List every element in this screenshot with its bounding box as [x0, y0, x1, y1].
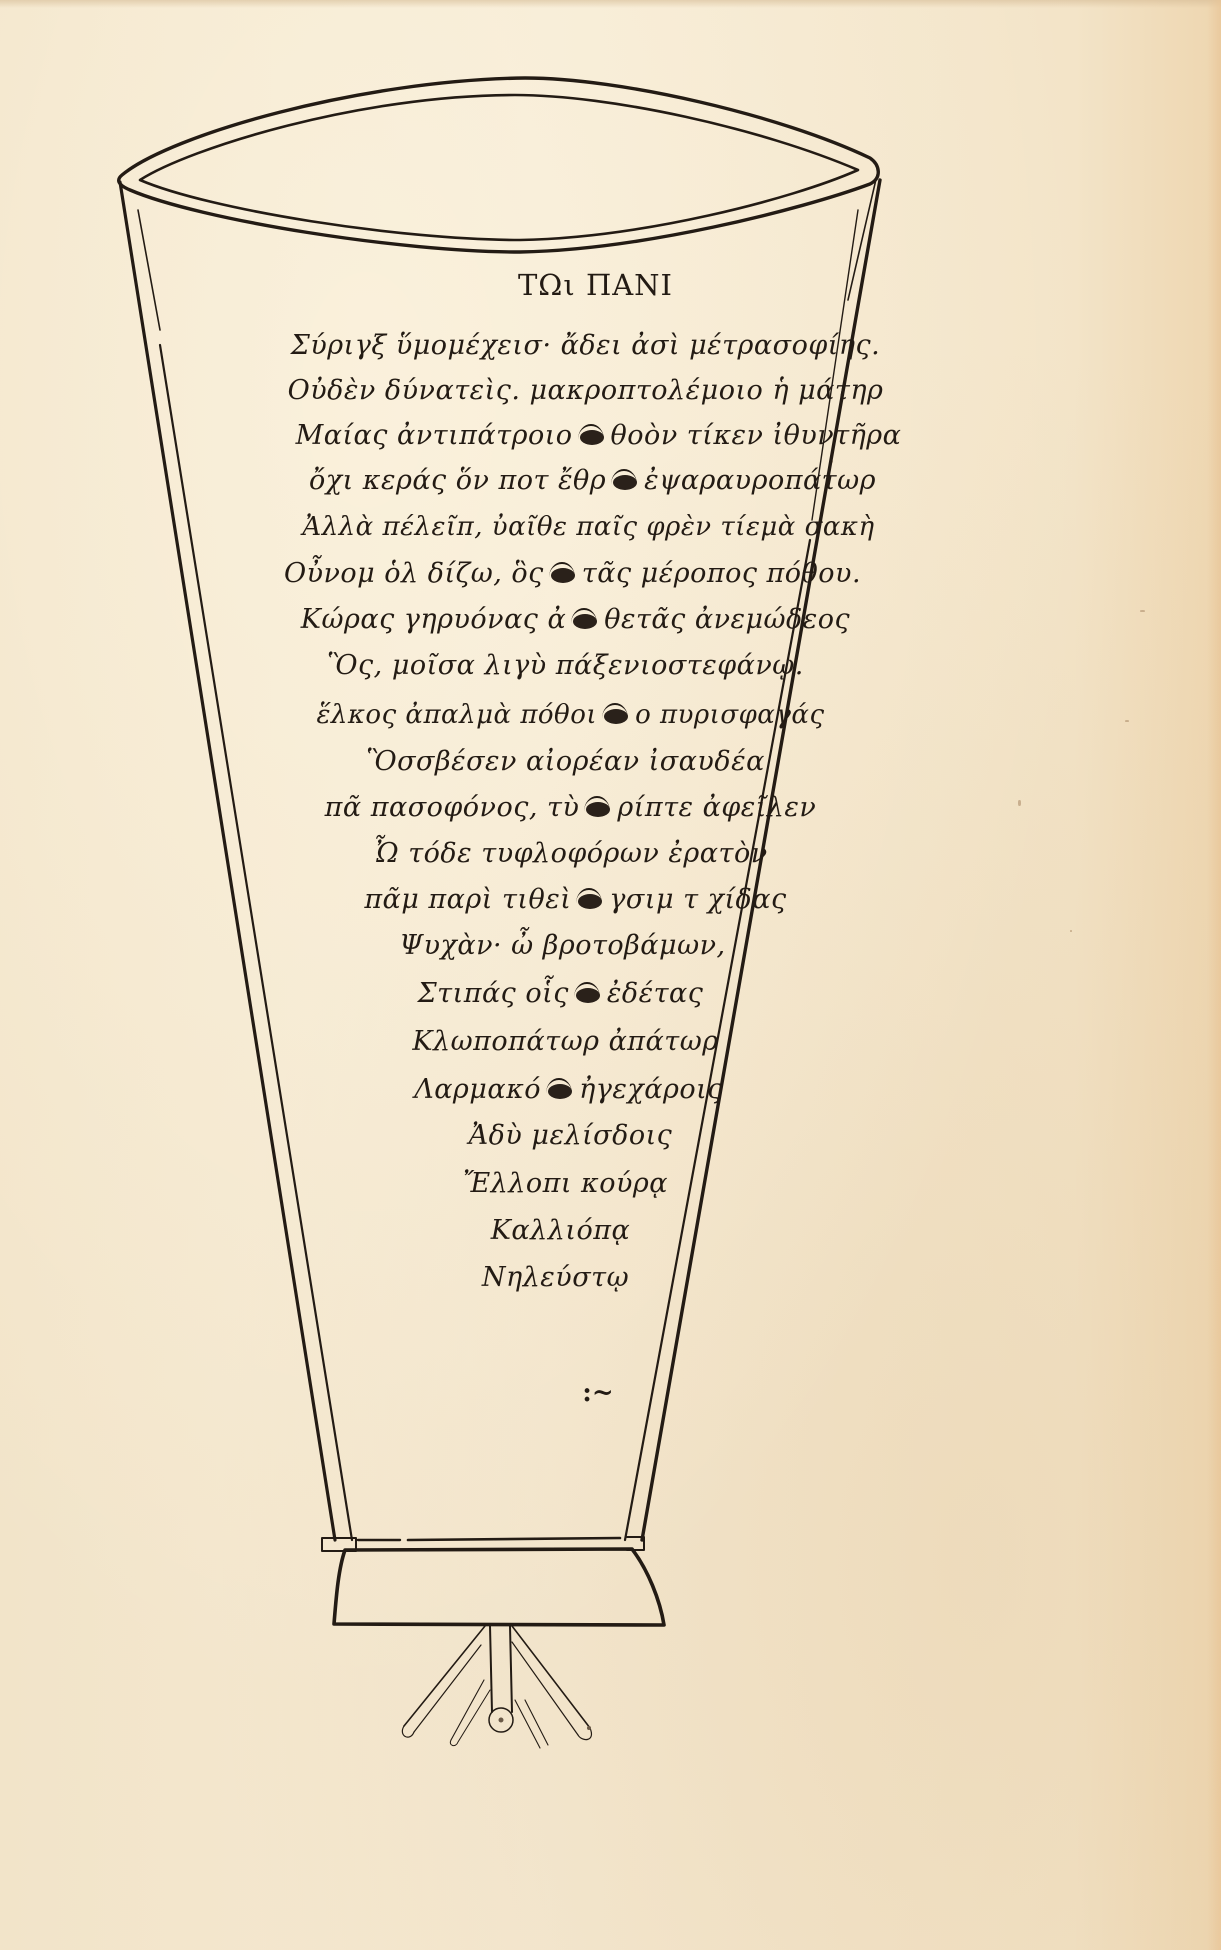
- line-text: Ψυχὰν· ὦ βροτοβάμων,: [399, 930, 725, 961]
- line-text-before: Στιπάς οἷς: [418, 978, 569, 1009]
- poem-line: πᾶ πασοφόνος, τὺρίπτε ἀφεῖλεν: [0, 792, 1221, 823]
- poem-line: Ἀδὺ μελίσδοις: [0, 1120, 1221, 1151]
- poem-line: Ψυχὰν· ὦ βροτοβάμων,: [0, 930, 1221, 961]
- line-text-after: γσιμ τ χίδας: [609, 884, 786, 915]
- poem-line: ὄχι κεράς ὅν ποτ ἔθρἐψαραυροπάτωρ: [0, 465, 1221, 496]
- line-text-after: ἐδέτας: [607, 978, 704, 1009]
- line-text-before: Λαρμακό: [414, 1074, 541, 1105]
- poem-line: Οὐδὲν δύνατεὶς. μακροπτολέμοιο ἡ μάτηρ: [0, 375, 1221, 406]
- line-text-before: πᾶ πασοφόνος, τὺ: [325, 792, 580, 823]
- poem-line: Ὃς, μοῖσα λιγὺ πάξενιοστεφάνῳ.: [0, 650, 1221, 681]
- line-text-before: Οὖνομ ὁλ δίζω, ὃς: [284, 558, 544, 589]
- line-text-after: ἐψαραυροπάτωρ: [644, 465, 876, 496]
- ink-eye-ornament-icon: [573, 981, 603, 1005]
- poem-line: Καλλιόπᾳ: [0, 1215, 1221, 1246]
- line-text-after: τᾶς μέροπος πόθου.: [582, 558, 861, 589]
- line-text-after: ρίπτε ἀφεῖλεν: [617, 792, 816, 823]
- ink-eye-ornament-icon: [575, 887, 605, 911]
- poem-line: Στιπάς οἷςἐδέτας: [0, 978, 1221, 1009]
- line-text: Ὃς, μοῖσα λιγὺ πάξενιοστεφάνῳ.: [327, 650, 804, 681]
- ink-eye-ornament-icon: [548, 561, 578, 585]
- line-text-after: θοὸν τίκεν ἰθυντῆρα: [611, 420, 902, 451]
- poem-title: ΤΩι ΠΑΝΙ: [0, 268, 1221, 302]
- ink-eye-ornament-icon: [570, 607, 600, 631]
- line-text-after: ο πυρισφαγάς: [635, 700, 824, 730]
- poem-line: Σύριγξ ὕμομέχεισ· ἄδει ἀσὶ μέτρασοφίης.: [0, 330, 1221, 361]
- line-text: Ὦ τόδε τυφλοφόρων ἐρατὸν: [373, 838, 767, 869]
- ink-eye-ornament-icon: [601, 702, 631, 726]
- line-text-before: πᾶμ παρὶ τιθεὶ: [364, 884, 571, 915]
- line-text-before: ὄχι κεράς ὅν ποτ ἔθρ: [309, 465, 606, 496]
- line-text: Ἀλλὰ πέλεῖπ, ὐαῖθε παῖς φρὲν τίεμὰ σακὴ: [302, 512, 874, 542]
- line-text-before: Κώρας γηρυόνας ἀ: [301, 604, 566, 635]
- poem-line: Κλωποπάτωρ ἀπάτωρ: [0, 1026, 1221, 1057]
- poem-line: πᾶμ παρὶ τιθεὶγσιμ τ χίδας: [0, 884, 1221, 915]
- end-mark: :~: [0, 1378, 1221, 1408]
- line-text-after: ἠγεχάροις: [579, 1074, 723, 1105]
- line-text: Κλωποπάτωρ ἀπάτωρ: [412, 1026, 718, 1057]
- ink-eye-ornament-icon: [577, 423, 607, 447]
- poem-line: Ἔλλοπι κούρᾳ: [0, 1168, 1221, 1199]
- line-text: Ὃσσβέσεν αἰορέαν ἰσαυδέα: [366, 746, 765, 777]
- line-text: Νηλεύστῳ: [482, 1262, 629, 1293]
- ink-eye-ornament-icon: [583, 795, 613, 819]
- poem-line: Μαίας ἀντιπάτροιοθοὸν τίκεν ἰθυντῆρα: [0, 420, 1221, 451]
- line-text: Σύριγξ ὕμομέχεισ· ἄδει ἀσὶ μέτρασοφίης.: [291, 330, 880, 361]
- ink-eye-ornament-icon: [610, 468, 640, 492]
- line-text: Ἀδὺ μελίσδοις: [469, 1120, 673, 1151]
- poem-line: Νηλεύστῳ: [0, 1262, 1221, 1293]
- poem-line: Κώρας γηρυόνας ἀθετᾶς ἀνεμώδεος: [0, 604, 1221, 635]
- line-text-before: ἕλκος ἀπαλμὰ πόθοι: [316, 700, 597, 730]
- line-text: Καλλιόπᾳ: [491, 1215, 630, 1246]
- ink-eye-ornament-icon: [545, 1077, 575, 1101]
- poem-line: ἕλκος ἀπαλμὰ πόθοιο πυρισφαγάς: [0, 700, 1221, 730]
- line-text-after: θετᾶς ἀνεμώδεος: [604, 604, 850, 635]
- line-text: Οὐδὲν δύνατεὶς. μακροπτολέμοιο ἡ μάτηρ: [288, 375, 884, 406]
- poem-line: Ἀλλὰ πέλεῖπ, ὐαῖθε παῖς φρὲν τίεμὰ σακὴ: [0, 512, 1221, 542]
- line-text-before: Μαίας ἀντιπάτροιο: [296, 420, 573, 451]
- poem-line: Λαρμακόἠγεχάροις: [0, 1074, 1221, 1105]
- poem-line: Οὖνομ ὁλ δίζω, ὃςτᾶς μέροπος πόθου.: [0, 558, 1221, 589]
- poem-line: Ὦ τόδε τυφλοφόρων ἐρατὸν: [0, 838, 1221, 869]
- poem-line: Ὃσσβέσεν αἰορέαν ἰσαυδέα: [0, 746, 1221, 777]
- line-text: Ἔλλοπι κούρᾳ: [463, 1168, 668, 1199]
